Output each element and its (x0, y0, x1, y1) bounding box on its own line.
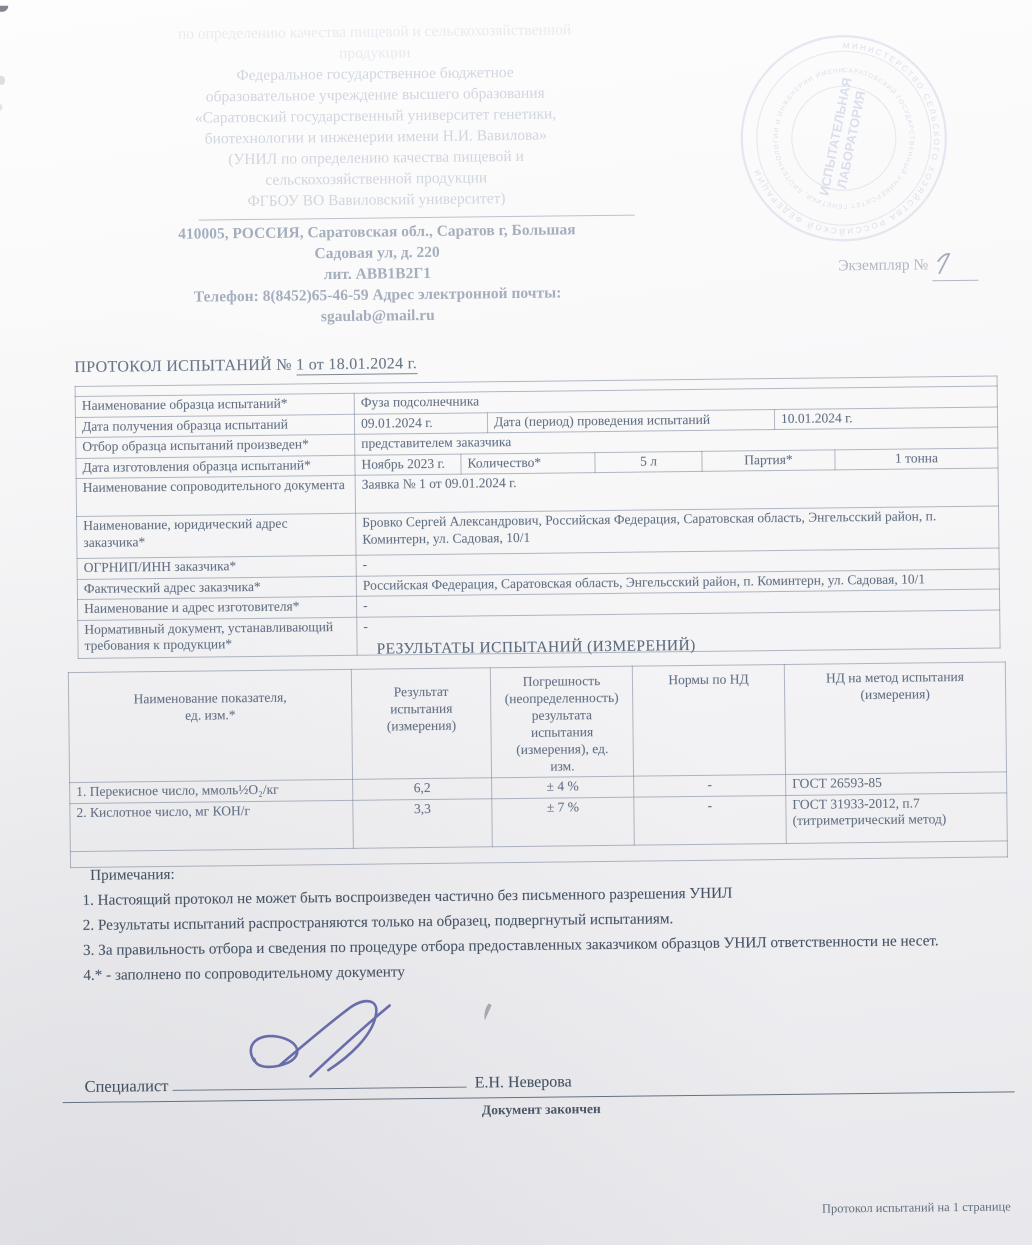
letterhead: по определению качества пищевой и сельск… (100, 18, 651, 329)
results-header-row: Наименование показателя, ед. изм.* Резул… (68, 662, 1006, 783)
method-standard: ГОСТ 26593-85 (786, 772, 1007, 795)
protocol-title-prefix: ПРОТОКОЛ ИСПЫТАНИЙ № (74, 356, 296, 376)
scan-artifact (0, 6, 8, 12)
scanned-protocol-page: по определению качества пищевой и сельск… (0, 0, 1032, 1245)
row-value: 10.01.2024 г. (774, 407, 997, 430)
column-header: Результат испытания (измерения) (351, 668, 491, 780)
row-value: Бровко Сергей Александрович, Российская … (356, 506, 999, 555)
column-header: Нормы по НД (632, 664, 785, 776)
row-label: Наименование сопроводительного документа (76, 475, 355, 516)
column-header: НД на метод испытания (измерения) (784, 662, 1006, 775)
row-label: Партия* (702, 449, 835, 471)
protocol-number-date: 1 от 18.01.2024 г. (296, 355, 417, 375)
page-count-note: Протокол испытаний на 1 странице (822, 1199, 1011, 1216)
copy-number-label: Экземпляр № (838, 256, 928, 274)
handwritten-copy-number (932, 251, 978, 282)
method-standard: ГОСТ 31933-2012, п.7 (титриметрический м… (786, 792, 1008, 843)
result-value: 3,3 (353, 798, 493, 848)
column-header: Погрешность (неопределенность) результат… (490, 666, 633, 778)
signature-blank (173, 1087, 467, 1091)
ink-tick-mark (480, 1002, 494, 1027)
specialist-label: Специалист (84, 1076, 168, 1096)
scan-artifact (0, 76, 5, 85)
laboratory-round-stamp-icon: МИНИСТЕРСТВО СЕЛЬСКОГО ХОЗЯЙСТВА РОССИЙС… (731, 23, 958, 254)
norm-value: - (634, 774, 786, 796)
row-value: Ноябрь 2023 г. (355, 454, 461, 476)
result-value: 6,2 (353, 778, 492, 800)
row-value: 09.01.2024 г. (354, 412, 487, 434)
column-header: Наименование показателя, ед. изм.* (68, 669, 352, 782)
row-label: Количество* (461, 452, 595, 474)
protocol-title: ПРОТОКОЛ ИСПЫТАНИЙ № 1 от 18.01.2024 г. (74, 355, 417, 377)
indicator-name: 2. Кислотное число, мг КОН/г (70, 800, 354, 851)
uncertainty-value: ± 4 % (492, 776, 634, 798)
copy-number-line: Экземпляр № (838, 251, 978, 283)
signer-name: Е.Н. Неверова (475, 1073, 572, 1091)
row-value: 1 тонна (835, 448, 998, 470)
row-label: Наименование, юридический адрес заказчик… (77, 513, 356, 558)
sample-info-table: Наименование образца испытаний* Фуза под… (75, 376, 1001, 659)
uncertainty-value: ± 7 % (492, 797, 635, 847)
scan-artifact (0, 104, 2, 111)
norm-value: - (634, 795, 787, 845)
results-table: Наименование показателя, ед. изм.* Резул… (68, 661, 1008, 867)
notes-block: Примечания: 1. Настоящий протокол не мож… (82, 853, 993, 988)
row-value: 5 л (595, 451, 702, 473)
